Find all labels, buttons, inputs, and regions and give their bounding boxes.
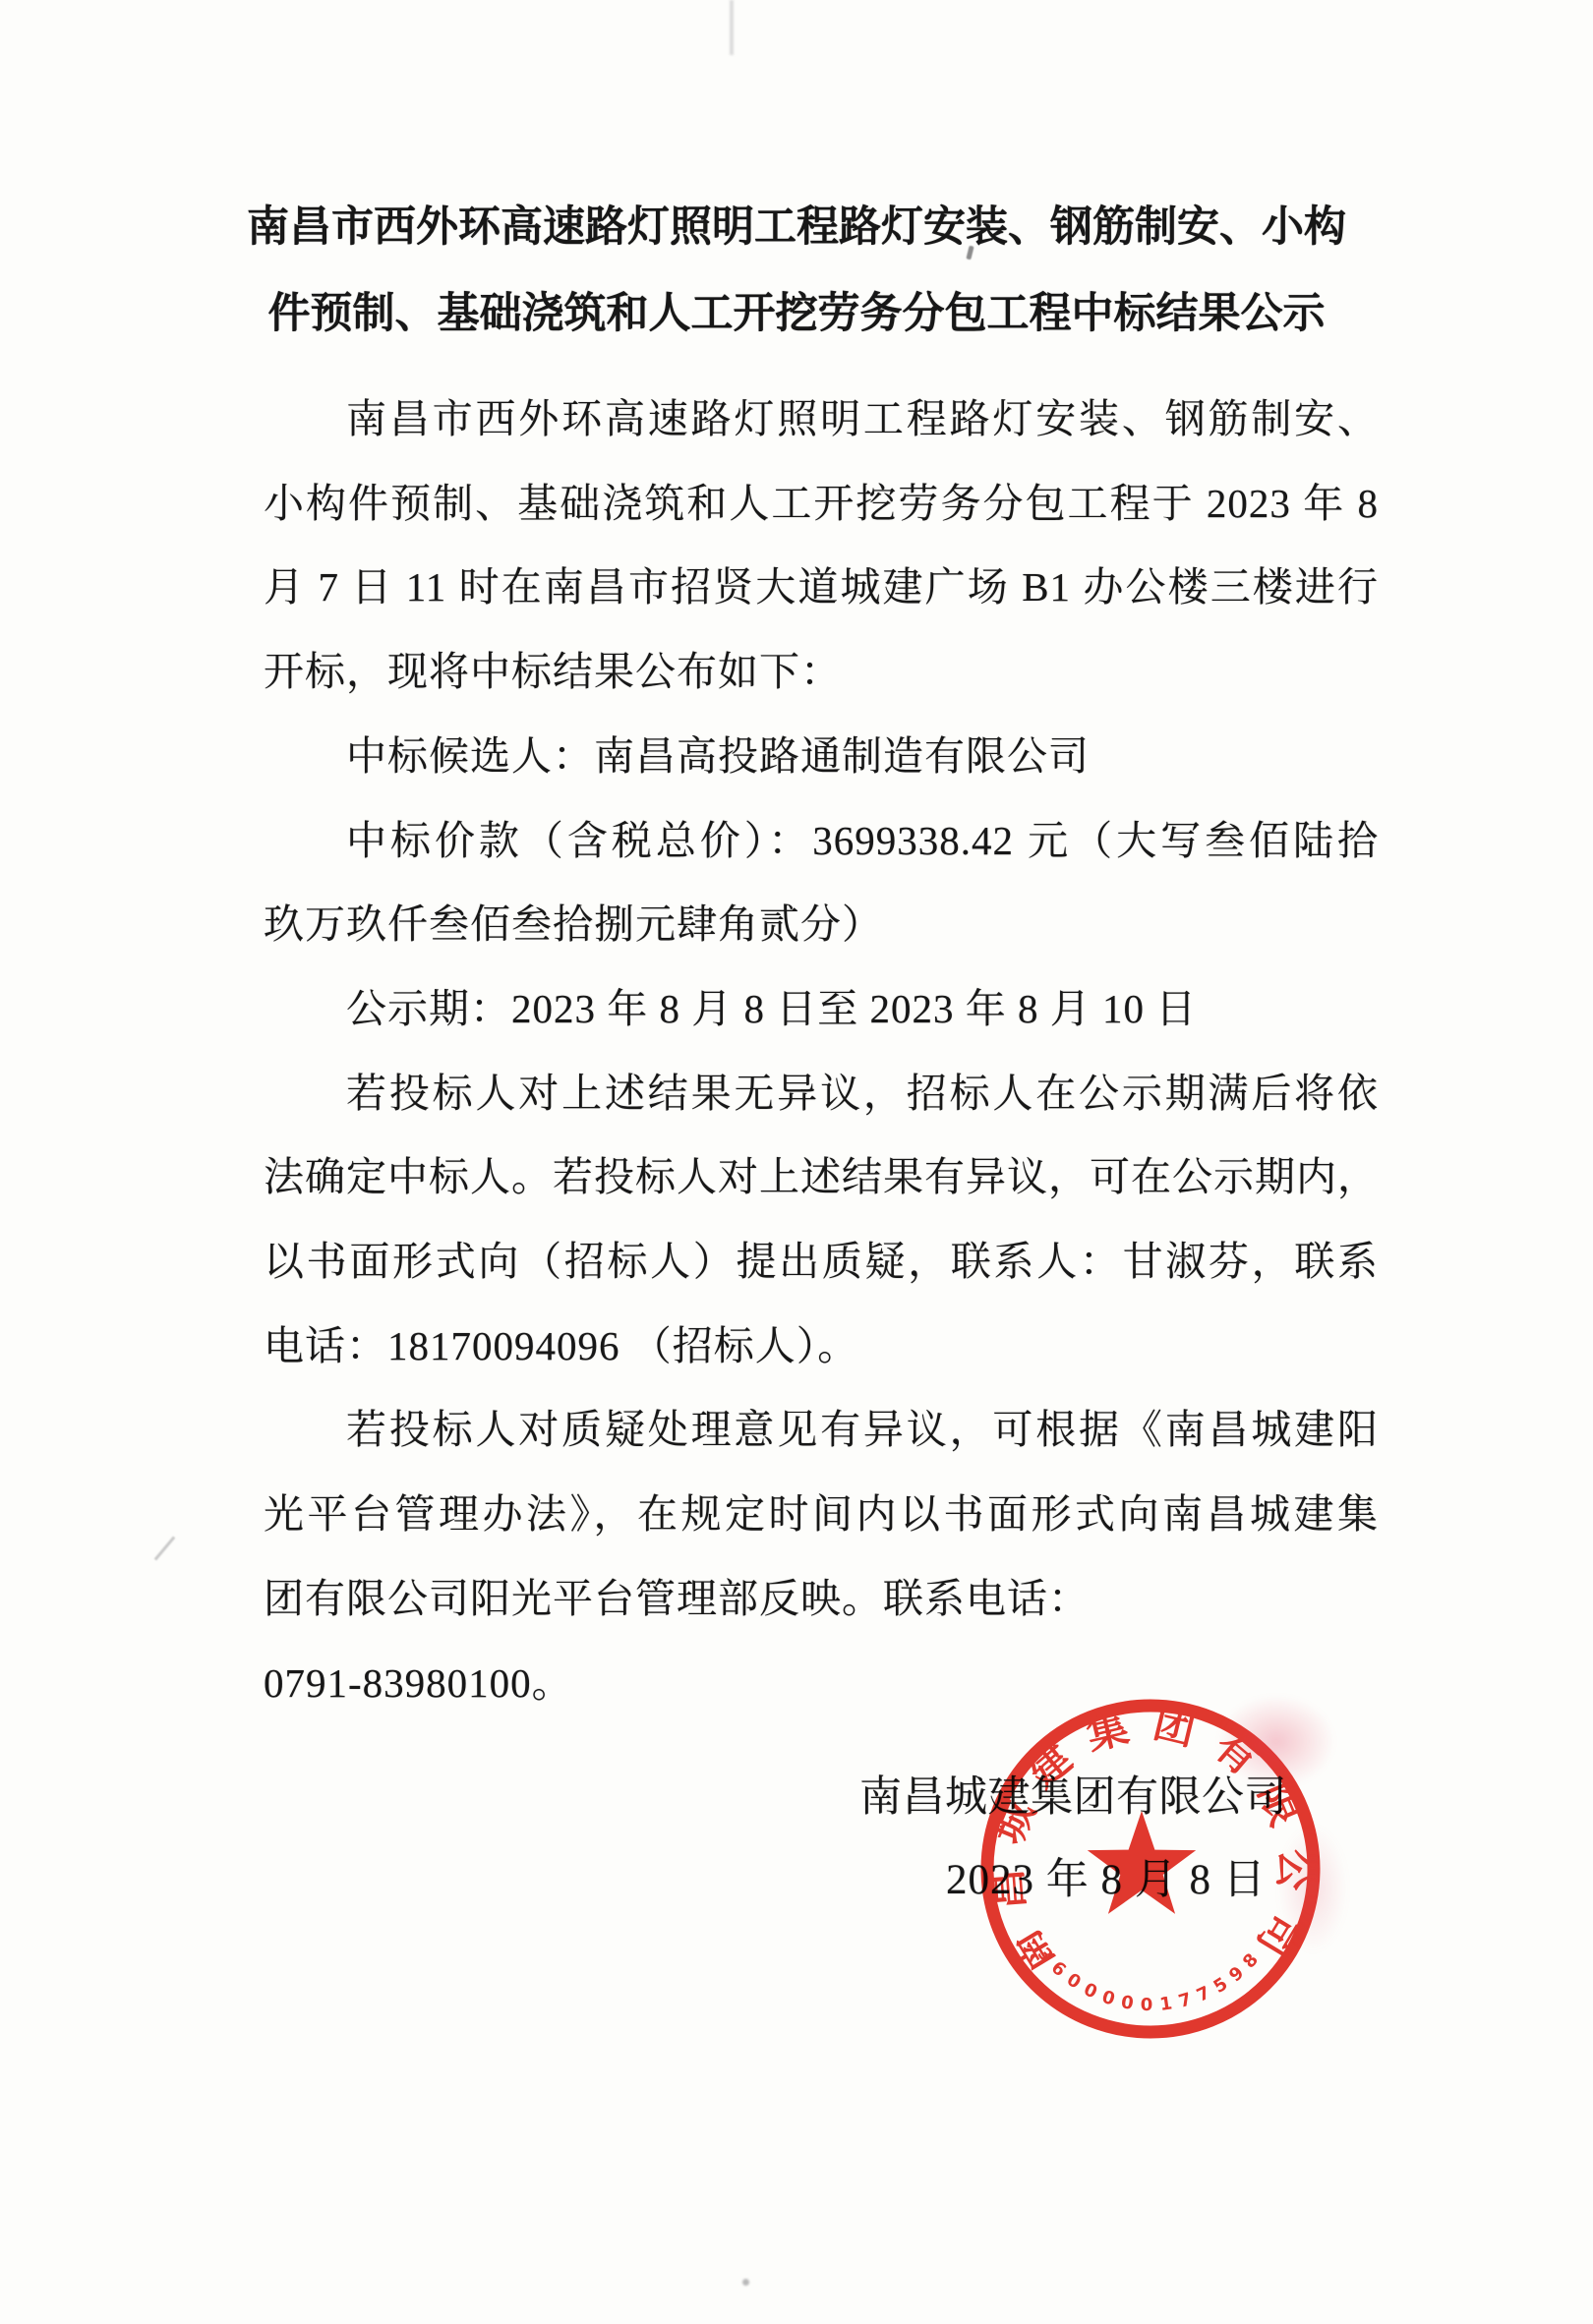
- body-line: 法确定中标人。若投标人对上述结果有异议，可在公示期内，: [264, 1135, 1379, 1220]
- body-line: 玖万玖仟叁佰叁拾捌元肆角贰分）: [264, 883, 1379, 967]
- body-line: 小构件预制、基础浇筑和人工开挖劳务分包工程于 2023 年 8: [264, 462, 1379, 547]
- body-line: 公示期：2023 年 8 月 8 日至 2023 年 8 月 10 日: [264, 967, 1379, 1052]
- body-line: 开标，现将中标结果公布如下：: [264, 630, 1379, 715]
- body-line: 以书面形式向（招标人）提出质疑，联系人：甘淑芬，联系: [264, 1220, 1379, 1305]
- title-line-2: 件预制、基础浇筑和人工开挖劳务分包工程中标结果公示: [239, 271, 1354, 358]
- body-line: 中标候选人：南昌高投路通制造有限公司: [264, 715, 1379, 799]
- body-line: 若投标人对上述结果无异议，招标人在公示期满后将依: [264, 1052, 1379, 1136]
- body-line: 若投标人对质疑处理意见有异议，可根据《南昌城建阳: [264, 1388, 1379, 1473]
- document-body: 南昌市西外环高速路灯照明工程路灯安装、钢筋制安、 小构件预制、基础浇筑和人工开挖…: [264, 378, 1379, 1725]
- body-line: 中标价款（含税总价）：3699338.42 元（大写叁佰陆拾: [264, 799, 1379, 884]
- seal-star-icon: [1088, 1811, 1196, 1914]
- scan-speck: [742, 2279, 749, 2286]
- scanned-document-page: 南昌市西外环高速路灯照明工程路灯安装、钢筋制安、小构 件预制、基础浇筑和人工开挖…: [0, 0, 1593, 2324]
- body-line: 光平台管理办法》，在规定时间内以书面形式向南昌城建集: [264, 1473, 1379, 1557]
- body-line: 南昌市西外环高速路灯照明工程路灯安装、钢筋制安、: [264, 378, 1379, 462]
- body-line: 月 7 日 11 时在南昌市招贤大道城建广场 B1 办公楼三楼进行: [264, 546, 1379, 630]
- body-line: 团有限公司阳光平台管理部反映。联系电话：: [264, 1557, 1379, 1642]
- official-seal: 南昌城建集团有限公司 3600000177598: [969, 1687, 1332, 2051]
- title-line-1: 南昌市西外环高速路灯照明工程路灯安装、钢筋制安、小构: [239, 185, 1354, 271]
- body-line: 电话：18170094096 （招标人）。: [264, 1305, 1379, 1389]
- scan-speck: [154, 1537, 176, 1561]
- document-title: 南昌市西外环高速路灯照明工程路灯安装、钢筋制安、小构 件预制、基础浇筑和人工开挖…: [239, 185, 1354, 358]
- scan-streak: [730, 0, 734, 55]
